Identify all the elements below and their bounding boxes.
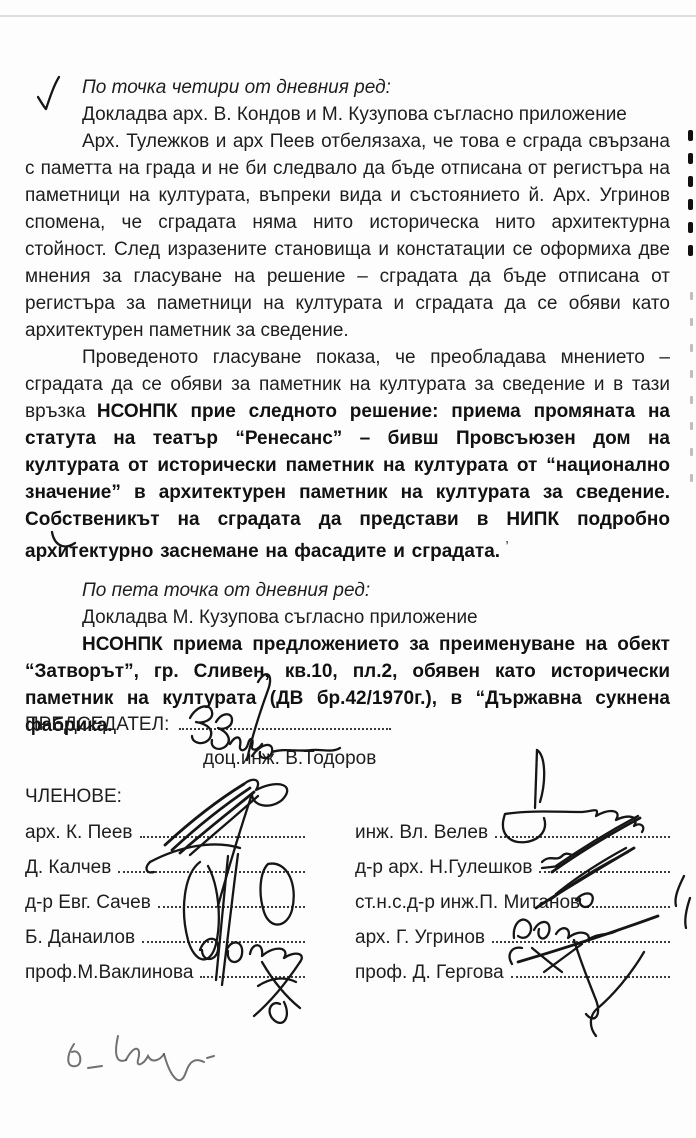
item4-discussion: Арх. Тулежков и арх Пеев отбелязаха, че … — [25, 128, 670, 344]
member-dotted-line — [587, 892, 670, 908]
member-row: проф.М.Ваклинова — [25, 961, 305, 996]
members-right-column: инж. Вл. Велев д-р арх. Н.Гулешков ст.н.… — [355, 821, 670, 996]
member-name: Д. Калчев — [25, 856, 111, 880]
member-row: д-р Евг. Сачев — [25, 891, 305, 926]
members-left-column: арх. К. Пеев Д. Калчев д-р Евг. Сачев Б.… — [25, 821, 305, 996]
item4-reported-by: Докладва арх. В. Кондов и М. Кузупова съ… — [25, 101, 670, 128]
signature-block: ПРЕДСЕДАТЕЛ: доц.инж. В.Тодоров ЧЛЕНОВЕ:… — [25, 712, 670, 996]
members-label: ЧЛЕНОВЕ: — [25, 785, 670, 809]
member-name: проф. Д. Гергова — [355, 961, 504, 985]
right-edge-scan-artifacts — [688, 130, 693, 482]
member-dotted-line — [158, 892, 305, 908]
member-row: Д. Калчев — [25, 856, 305, 891]
members-grid: арх. К. Пеев Д. Калчев д-р Евг. Сачев Б.… — [25, 821, 670, 996]
member-name: д-р арх. Н.Гулешков — [355, 856, 532, 880]
member-name: д-р Евг. Сачев — [25, 891, 151, 915]
item5-heading: По пета точка от дневния ред: — [25, 577, 670, 604]
member-dotted-line — [140, 822, 306, 838]
member-row: ст.н.с.д-р инж.П. Митанов — [355, 891, 670, 926]
bottom-left-signature — [68, 1036, 214, 1080]
member-name: проф.М.Ваклинова — [25, 961, 193, 985]
member-dotted-line — [511, 962, 670, 978]
member-dotted-line — [142, 927, 305, 943]
chairman-label: ПРЕДСЕДАТЕЛ: — [25, 713, 169, 737]
protocol-text: По точка четири от дневния ред: Докладва… — [25, 74, 670, 739]
member-dotted-line — [492, 927, 670, 943]
member-row: Б. Данаилов — [25, 926, 305, 961]
member-dotted-line — [539, 857, 670, 873]
member-name: инж. Вл. Велев — [355, 821, 488, 845]
item4-vote-paragraph: Проведеното гласуване показа, че преобла… — [25, 344, 670, 565]
chairman-name: доц.инж. В.Тодоров — [203, 747, 670, 771]
item4-resolution-bold: НСОНПК прие следното решение: приема про… — [25, 401, 670, 562]
member-name: Б. Данаилов — [25, 926, 135, 950]
member-name: арх. К. Пеев — [25, 821, 133, 845]
member-row: проф. Д. Гергова — [355, 961, 670, 996]
stray-scan-mark: ’ — [505, 538, 508, 555]
member-row: арх. К. Пеев — [25, 821, 305, 856]
member-name: арх. Г. Угринов — [355, 926, 485, 950]
member-dotted-line — [200, 962, 305, 978]
scanned-protocol-page: По точка четири от дневния ред: Докладва… — [0, 0, 696, 1138]
member-row: арх. Г. Угринов — [355, 926, 670, 961]
item5-reported-by: Докладва М. Кузупова съгласно приложение — [25, 604, 670, 631]
member-row: д-р арх. Н.Гулешков — [355, 856, 670, 891]
chairman-row: ПРЕДСЕДАТЕЛ: — [25, 712, 670, 737]
chairman-dotted-line — [179, 712, 391, 730]
member-row: инж. Вл. Велев — [355, 821, 670, 856]
member-name: ст.н.с.д-р инж.П. Митанов — [355, 891, 580, 915]
item4-heading: По точка четири от дневния ред: — [25, 74, 670, 101]
member-dotted-line — [495, 822, 670, 838]
member-dotted-line — [118, 857, 305, 873]
scan-top-edge-line — [0, 15, 696, 17]
